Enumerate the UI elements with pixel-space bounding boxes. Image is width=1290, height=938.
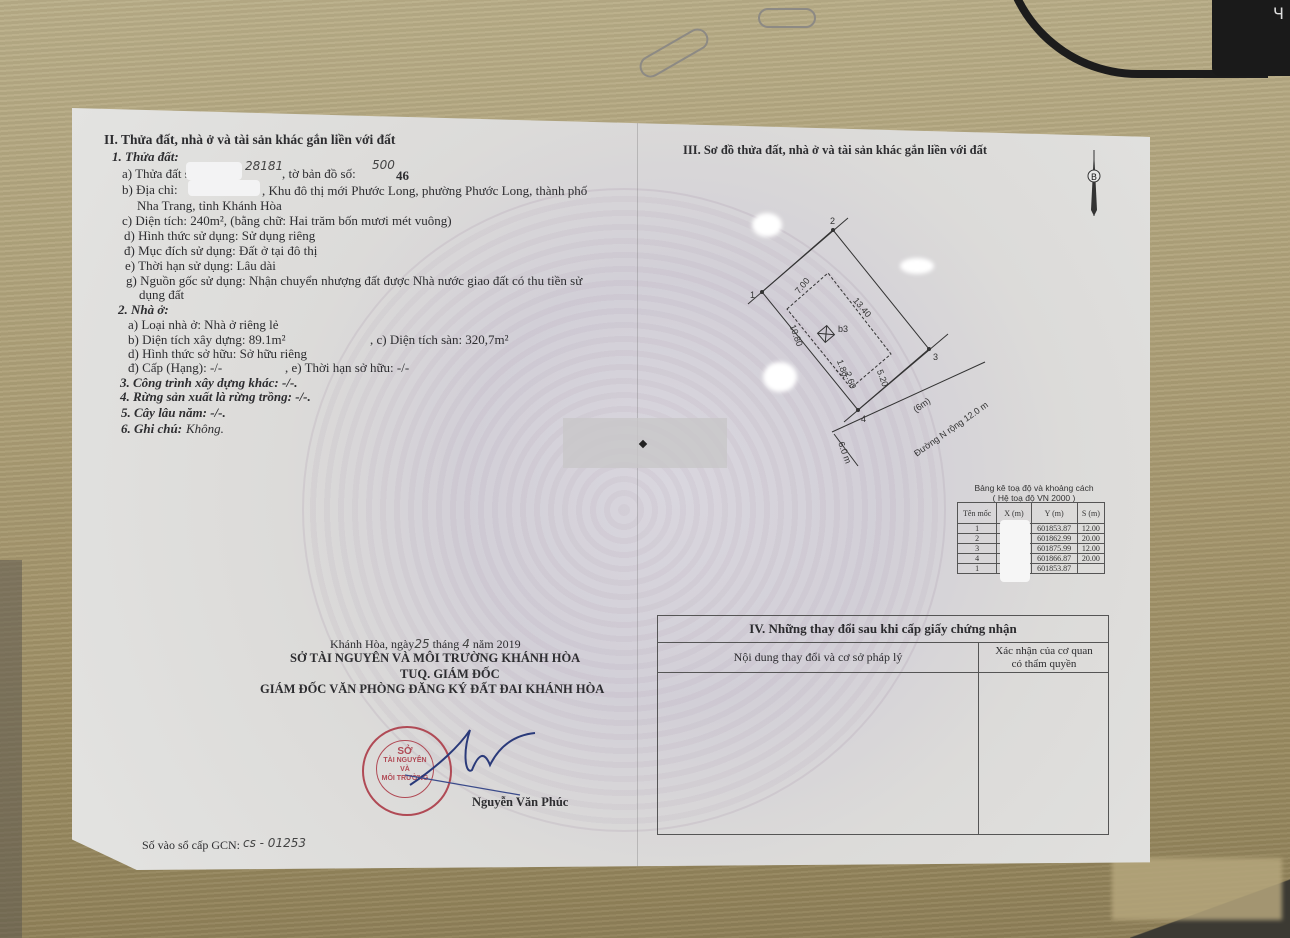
date-day: 25	[414, 637, 429, 651]
table-row: 11350…601853.8712.00	[958, 524, 1105, 534]
svg-text:2: 2	[830, 216, 835, 226]
changes-table: IV. Những thay đổi sau khi cấp giấy chứn…	[657, 615, 1109, 835]
perennial: 5. Cây lâu năm: -/-.	[121, 405, 226, 421]
svg-text:6.0 m: 6.0 m	[836, 440, 853, 465]
table-row: 41350…601866.8720.00	[958, 554, 1105, 564]
land-heading: 1. Thửa đất:	[112, 149, 179, 165]
coord-table-title: Bảng kê toạ độ và khoảng cách	[954, 483, 1114, 493]
redaction	[188, 180, 260, 196]
date-month: 4	[462, 637, 470, 651]
changes-col-content: Nội dung thay đổi và cơ sở pháp lý	[658, 643, 978, 672]
coord-table: Tên mốc X (m) Y (m) S (m) 11350…601853.8…	[957, 502, 1105, 574]
section4-heading: IV. Những thay đổi sau khi cấp giấy chứn…	[658, 616, 1108, 643]
ownership-term: , e) Thời hạn sở hữu: -/-	[285, 360, 409, 376]
blurred-watermark	[1112, 858, 1282, 920]
on-behalf: TUQ. GIÁM ĐỐC	[400, 667, 500, 682]
svg-text:(6m): (6m)	[911, 396, 932, 415]
use-purpose: đ) Mục đích sử dụng: Đất ở tại đô thị	[124, 243, 317, 259]
svg-text:5.20: 5.20	[875, 368, 890, 388]
table-row: 1135…601853.87	[958, 564, 1105, 574]
svg-text:b3: b3	[838, 324, 848, 334]
parcel-handwritten: 28181	[245, 159, 283, 173]
director-title: GIÁM ĐỐC VĂN PHÒNG ĐĂNG KÝ ĐẤT ĐAI KHÁNH…	[260, 682, 604, 697]
address-label: b) Địa chỉ:	[122, 182, 178, 198]
use-term: e) Thời hạn sử dụng: Lâu dài	[125, 258, 276, 274]
registry-number: cs - 01253	[243, 836, 306, 850]
center-fold	[637, 118, 638, 868]
svg-text:2.60: 2.60	[843, 370, 858, 390]
svg-text:B: B	[1091, 173, 1097, 183]
forest: 4. Rừng sản xuất là rừng trồng: -/-.	[120, 389, 311, 405]
grade: đ) Cấp (Hạng): -/-	[128, 360, 222, 376]
registry-label: Số vào sổ cấp GCN:	[142, 838, 240, 853]
note-label: 6. Ghi chú:	[121, 421, 182, 437]
svg-text:10.80: 10.80	[788, 323, 805, 348]
date-line: Khánh Hòa, ngày25 tháng 4 năm 2019	[330, 637, 521, 652]
use-form: d) Hình thức sử dụng: Sử dụng riêng	[124, 228, 315, 244]
table-row: 21350…601862.9920.00	[958, 534, 1105, 544]
signer-name: Nguyễn Văn Phúc	[472, 795, 568, 810]
signature-icon	[400, 725, 540, 805]
north-arrow-icon: B	[1082, 150, 1104, 216]
address-line1: , Khu đô thị mới Phước Long, phường Phướ…	[262, 183, 587, 199]
parcel-diagram: 1 2 3 4 7.00 13.40 10.80 1.80 2.60 5.20 …	[740, 210, 1000, 470]
glare	[763, 362, 797, 392]
paper-clip-icon	[758, 8, 816, 28]
glare	[900, 258, 934, 274]
glare	[752, 213, 782, 237]
origin-line2: dụng đất	[139, 287, 184, 303]
area: c) Diện tích: 240m², (bằng chữ: Hai trăm…	[122, 213, 452, 229]
redaction	[1000, 520, 1030, 582]
section3-heading: III. Sơ đồ thửa đất, nhà ở và tài sản kh…	[683, 143, 987, 158]
house-type: a) Loại nhà ở: Nhà ở riêng lẻ	[128, 317, 279, 333]
department: SỞ TÀI NGUYÊN VÀ MÔI TRƯỜNG KHÁNH HÒA	[290, 651, 580, 666]
origin-line1: g) Nguồn gốc sử dụng: Nhận chuyển nhượng…	[126, 273, 582, 289]
map-sheet-label: , tờ bản đồ số:	[282, 166, 356, 182]
svg-text:3: 3	[933, 352, 938, 362]
column-divider	[978, 643, 979, 834]
note-value: Không.	[186, 421, 224, 437]
svg-text:1: 1	[750, 290, 755, 300]
svg-text:4: 4	[861, 414, 866, 424]
table-row: 31350…601875.9912.00	[958, 544, 1105, 554]
floor-edge	[0, 560, 22, 938]
house-heading: 2. Nhà ở:	[118, 302, 169, 318]
map-sheet-value: 46	[396, 168, 409, 184]
section2-heading: II. Thửa đất, nhà ở và tài sản khác gắn …	[104, 132, 395, 148]
svg-text:7.00: 7.00	[793, 276, 812, 296]
map-sheet-handwritten: 500	[372, 158, 395, 172]
changes-col-confirmation: Xác nhận của cơ quan có thẩm quyền	[980, 643, 1108, 671]
address-line2: Nha Trang, tỉnh Khánh Hòa	[137, 198, 282, 214]
device: Ч	[1212, 0, 1290, 76]
redaction	[186, 162, 242, 180]
floor-area: , c) Diện tích sàn: 320,7m²	[370, 332, 509, 348]
